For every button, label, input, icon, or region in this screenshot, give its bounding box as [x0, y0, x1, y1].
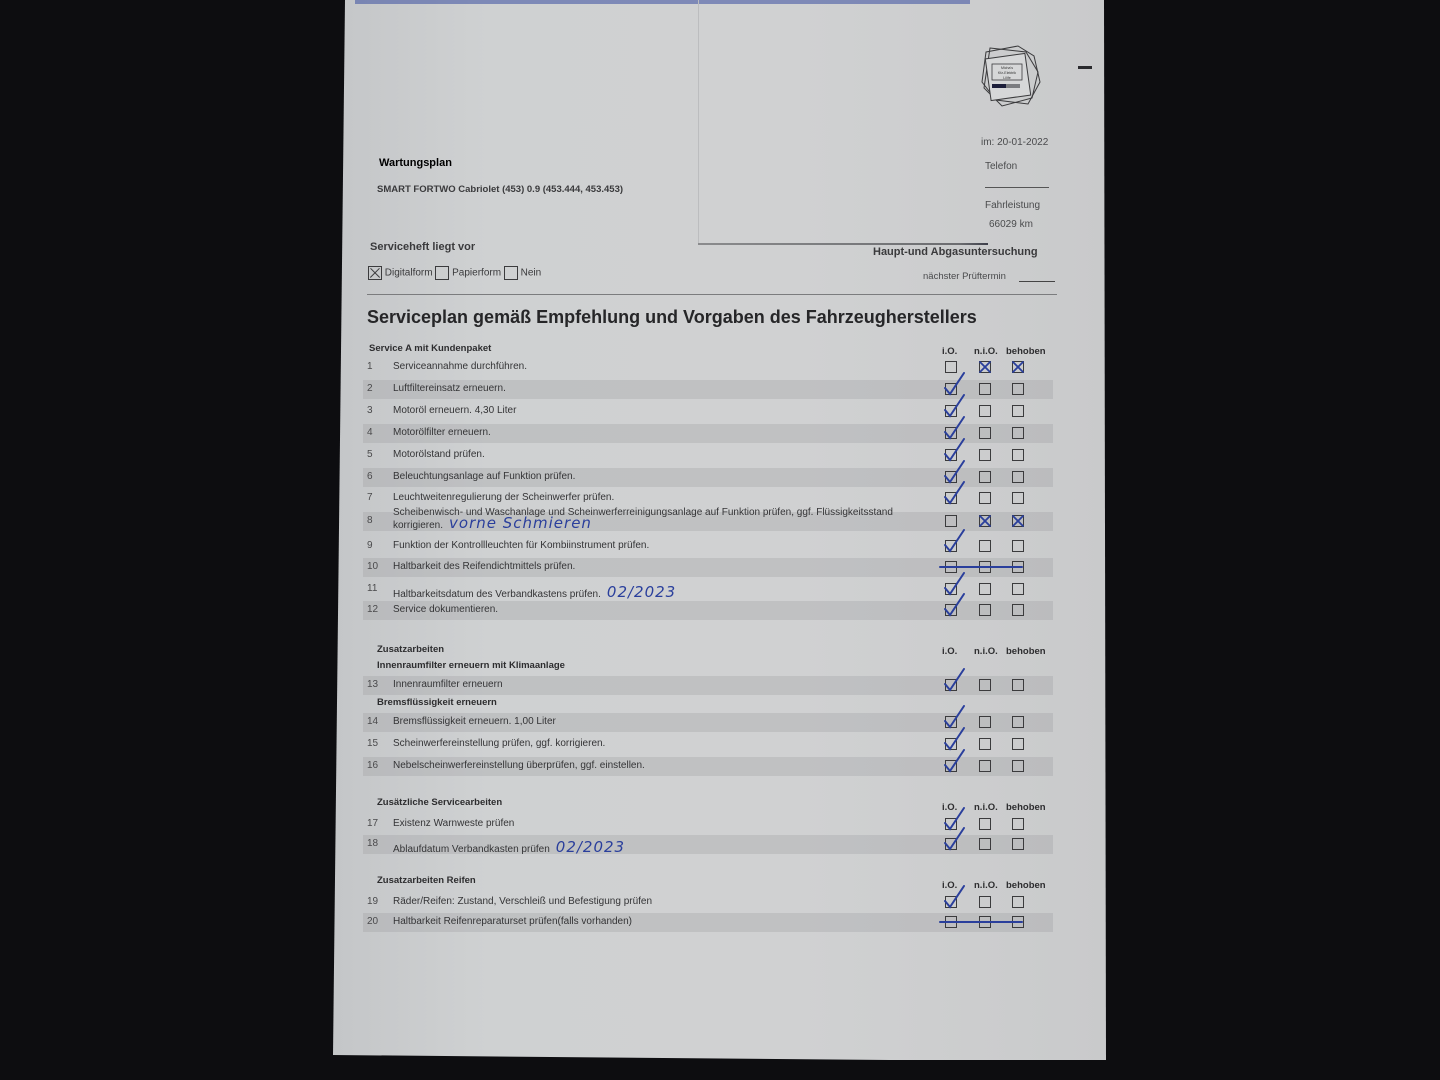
col-nio-header: n.i.O.	[974, 346, 998, 357]
checkbox-behoben[interactable]	[1012, 515, 1024, 527]
section-title: Service A mit Kundenpaket	[369, 343, 491, 354]
checkbox-io[interactable]	[945, 738, 957, 750]
phone-line	[985, 187, 1049, 188]
next-inspection-label: nächster Prüftermin	[923, 271, 1006, 282]
col-behoben-header: behoben	[1006, 346, 1046, 357]
checkbox-io[interactable]	[945, 818, 957, 830]
checkbox-behoben[interactable]	[1012, 383, 1024, 395]
item-text: Serviceannahme durchführen.	[393, 361, 527, 372]
checkbox-nio[interactable]	[979, 515, 991, 527]
item-number: 15	[367, 738, 387, 749]
checkbox-nio[interactable]	[979, 818, 991, 830]
checkbox-behoben[interactable]	[1012, 427, 1024, 439]
checkbox-behoben[interactable]	[1012, 896, 1024, 908]
item-number: 13	[367, 679, 387, 690]
checkbox-behoben[interactable]	[1012, 583, 1024, 595]
item-text: Ablaufdatum Verbandkasten prüfen02/2023	[393, 838, 625, 856]
item-text: Scheinwerfereinstellung prüfen, ggf. kor…	[393, 738, 605, 749]
checkbox-io[interactable]	[945, 540, 957, 552]
logo-line-2: Kfz-Elektrik	[998, 71, 1016, 75]
item-text: Funktion der Kontrollleuchten für Kombii…	[393, 540, 649, 551]
item-text: Haltbarkeit Reifenreparaturset prüfen(fa…	[393, 916, 632, 927]
item-number: 19	[367, 896, 387, 907]
vehicle-model: SMART FORTWO Cabriolet (453) 0.9 (453.44…	[377, 184, 623, 195]
subsection-title: Innenraumfilter erneuern mit Klimaanlage	[377, 660, 565, 671]
checkbox-io[interactable]	[945, 896, 957, 908]
checkbox-io[interactable]	[945, 838, 957, 850]
checkbox-io[interactable]	[945, 427, 957, 439]
checkbox-behoben[interactable]	[1012, 492, 1024, 504]
strike-line	[939, 566, 1023, 568]
checkbox-io[interactable]	[945, 604, 957, 616]
item-text: Service dokumentieren.	[393, 604, 498, 615]
checkbox-digitalform[interactable]	[368, 266, 382, 280]
checkbox-nio[interactable]	[979, 405, 991, 417]
sheet-content: Micha's Kfz-Elektrik Lilife im: 20-01-20…	[333, 0, 1106, 1060]
checkbox-behoben[interactable]	[1012, 540, 1024, 552]
checkbox-nio[interactable]	[979, 838, 991, 850]
logo-line-1: Micha's	[1001, 66, 1013, 70]
checkbox-behoben[interactable]	[1012, 361, 1024, 373]
inspection-title: Haupt-und Abgasuntersuchung	[873, 246, 1038, 258]
checkbox-papierform[interactable]	[435, 266, 449, 280]
col-nio-header: n.i.O.	[974, 880, 998, 891]
item-text: Scheibenwisch- und Waschanlage und Schei…	[393, 507, 893, 531]
checkbox-nio[interactable]	[979, 679, 991, 691]
item-text: Motorölfilter erneuern.	[393, 427, 491, 438]
item-text: Bremsflüssigkeit erneuern. 1,00 Liter	[393, 716, 556, 727]
checkbox-behoben[interactable]	[1012, 679, 1024, 691]
item-number: 7	[367, 492, 387, 503]
item-text: Leuchtweitenregulierung der Scheinwerfer…	[393, 492, 614, 503]
item-number: 11	[367, 583, 387, 594]
checkbox-io[interactable]	[945, 492, 957, 504]
item-number: 14	[367, 716, 387, 727]
item-number: 17	[367, 818, 387, 829]
item-number: 6	[367, 471, 387, 482]
item-text: Luftfiltereinsatz erneuern.	[393, 383, 506, 394]
option-nein-label: Nein	[521, 268, 542, 279]
item-text: Haltbarkeitsdatum des Verbandkastens prü…	[393, 583, 676, 601]
checkbox-nio[interactable]	[979, 738, 991, 750]
checkbox-io[interactable]	[945, 361, 957, 373]
col-io-header: i.O.	[942, 880, 957, 891]
checkbox-behoben[interactable]	[1012, 449, 1024, 461]
servicebook-options: Digitalform Papierform Nein	[368, 266, 541, 280]
checkbox-io[interactable]	[945, 405, 957, 417]
option-digitalform-label: Digitalform	[385, 268, 433, 279]
col-nio-header: n.i.O.	[974, 802, 998, 813]
checkbox-behoben[interactable]	[1012, 471, 1024, 483]
item-text: Beleuchtungsanlage auf Funktion prüfen.	[393, 471, 575, 482]
item-number: 1	[367, 361, 387, 372]
item-text: Existenz Warnweste prüfen	[393, 818, 514, 829]
panel-divider	[698, 243, 988, 245]
section-title: Zusatzarbeiten	[377, 644, 444, 655]
item-number: 4	[367, 427, 387, 438]
item-text: Räder/Reifen: Zustand, Verschleiß und Be…	[393, 896, 652, 907]
col-io-header: i.O.	[942, 646, 957, 657]
main-title: Serviceplan gemäß Empfehlung und Vorgabe…	[367, 307, 977, 328]
item-number: 3	[367, 405, 387, 416]
col-io-header: i.O.	[942, 346, 957, 357]
item-number: 5	[367, 449, 387, 460]
item-number: 8	[367, 515, 387, 526]
checkbox-nio[interactable]	[979, 540, 991, 552]
blank-address-panel	[698, 0, 979, 245]
workshop-logo-icon: Micha's Kfz-Elektrik Lilife	[978, 42, 1044, 108]
item-text: Innenraumfilter erneuern	[393, 679, 503, 690]
mileage-label: Fahrleistung	[985, 200, 1040, 211]
checkbox-nio[interactable]	[979, 604, 991, 616]
next-inspection-line	[1019, 281, 1055, 282]
item-number: 12	[367, 604, 387, 615]
col-behoben-header: behoben	[1006, 802, 1046, 813]
handwritten-note: vorne Schmieren	[449, 514, 592, 532]
checkbox-nio[interactable]	[979, 716, 991, 728]
checkbox-behoben[interactable]	[1012, 738, 1024, 750]
item-text: Nebelscheinwerfereinstellung überprüfen,…	[393, 760, 645, 771]
checkbox-behoben[interactable]	[1012, 838, 1024, 850]
checkbox-nio[interactable]	[979, 383, 991, 395]
col-io-header: i.O.	[942, 802, 957, 813]
checkbox-nio[interactable]	[979, 471, 991, 483]
checkbox-io[interactable]	[945, 583, 957, 595]
checkbox-behoben[interactable]	[1012, 760, 1024, 772]
mileage-value: 66029 km	[989, 219, 1033, 230]
item-number: 20	[367, 916, 387, 927]
checkbox-nio[interactable]	[979, 896, 991, 908]
checkbox-behoben[interactable]	[1012, 818, 1024, 830]
section-title: Zusätzliche Servicearbeiten	[377, 797, 502, 808]
item-text: Haltbarkeit des Reifendichtmittels prüfe…	[393, 561, 575, 572]
checkbox-io[interactable]	[945, 679, 957, 691]
date-label: im: 20-01-2022	[981, 137, 1048, 148]
col-nio-header: n.i.O.	[974, 646, 998, 657]
checkbox-io[interactable]	[945, 383, 957, 395]
logo-line-3: Lilife	[1003, 76, 1010, 80]
strike-line	[939, 921, 1023, 923]
section-title: Zusatzarbeiten Reifen	[377, 875, 476, 886]
checkbox-behoben[interactable]	[1012, 405, 1024, 417]
item-text: Motorölstand prüfen.	[393, 449, 485, 460]
checkbox-nio[interactable]	[979, 492, 991, 504]
header-divider	[367, 294, 1057, 295]
checkbox-nein[interactable]	[504, 266, 518, 280]
item-number: 2	[367, 383, 387, 394]
checkbox-nio[interactable]	[979, 427, 991, 439]
checkbox-behoben[interactable]	[1012, 604, 1024, 616]
col-behoben-header: behoben	[1006, 646, 1046, 657]
item-number: 10	[367, 561, 387, 572]
option-papierform-label: Papierform	[452, 268, 501, 279]
item-text: Motoröl erneuern. 4,30 Liter	[393, 405, 516, 416]
checkbox-nio[interactable]	[979, 583, 991, 595]
col-behoben-header: behoben	[1006, 880, 1046, 891]
checkbox-nio[interactable]	[979, 449, 991, 461]
item-number: 16	[367, 760, 387, 771]
servicebook-label: Serviceheft liegt vor	[370, 241, 475, 253]
checkbox-nio[interactable]	[979, 760, 991, 772]
checkbox-io[interactable]	[945, 471, 957, 483]
checkbox-io[interactable]	[945, 449, 957, 461]
item-number: 9	[367, 540, 387, 551]
plan-title: Wartungsplan	[379, 157, 452, 169]
item-number: 18	[367, 838, 387, 849]
handwritten-note: 02/2023	[607, 583, 676, 601]
handwritten-note: 02/2023	[556, 838, 625, 856]
checkbox-behoben[interactable]	[1012, 716, 1024, 728]
checkbox-io[interactable]	[945, 716, 957, 728]
subsection-title: Bremsflüssigkeit erneuern	[377, 697, 497, 708]
phone-label: Telefon	[985, 161, 1017, 172]
checkbox-io[interactable]	[945, 515, 957, 527]
checkbox-io[interactable]	[945, 760, 957, 772]
checkbox-nio[interactable]	[979, 361, 991, 373]
